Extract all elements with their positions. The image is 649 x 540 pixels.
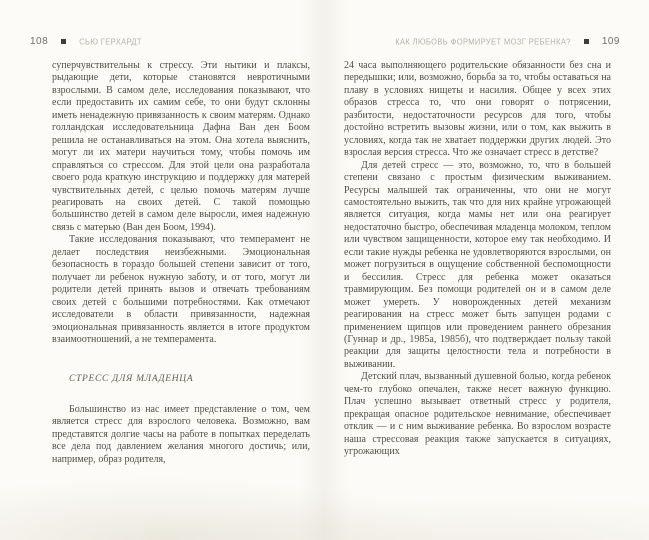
body-paragraph: Для детей стресс — это, возможно, то, чт… (344, 160, 611, 372)
left-page-number: 108 (30, 36, 48, 47)
left-running-title: СЬЮ ГЕРХАРДТ (79, 36, 142, 46)
square-bullet-icon (584, 39, 589, 44)
body-paragraph: суперчувствительны к стрессу. Эти нытики… (52, 60, 310, 234)
section-heading: СТРЕСС ДЛЯ МЛАДЕНЦА (69, 373, 310, 385)
right-page-header: КАК ЛЮБОВЬ ФОРМИРУЕТ МОЗГ РЕБЕНКА? 109 (395, 36, 620, 47)
left-page-header: 108 СЬЮ ГЕРХАРДТ (30, 36, 142, 47)
body-paragraph: 24 часа выполняющего родительские обязан… (344, 60, 611, 160)
body-paragraph: Детский плач, вызванный душевной болью, … (344, 371, 611, 458)
book-spread: 108 СЬЮ ГЕРХАРДТ КАК ЛЮБОВЬ ФОРМИРУЕТ МО… (0, 0, 649, 540)
right-page-body: 24 часа выполняющего родительские обязан… (344, 60, 611, 459)
right-page-number: 109 (602, 36, 620, 47)
square-bullet-icon (61, 39, 66, 44)
right-running-title: КАК ЛЮБОВЬ ФОРМИРУЕТ МОЗГ РЕБЕНКА? (395, 36, 571, 46)
body-paragraph: Такие исследования показывают, что темпе… (52, 234, 310, 346)
left-page-body: суперчувствительны к стрессу. Эти нытики… (52, 60, 310, 466)
body-paragraph: Большинство из нас имеет представление о… (52, 404, 310, 466)
